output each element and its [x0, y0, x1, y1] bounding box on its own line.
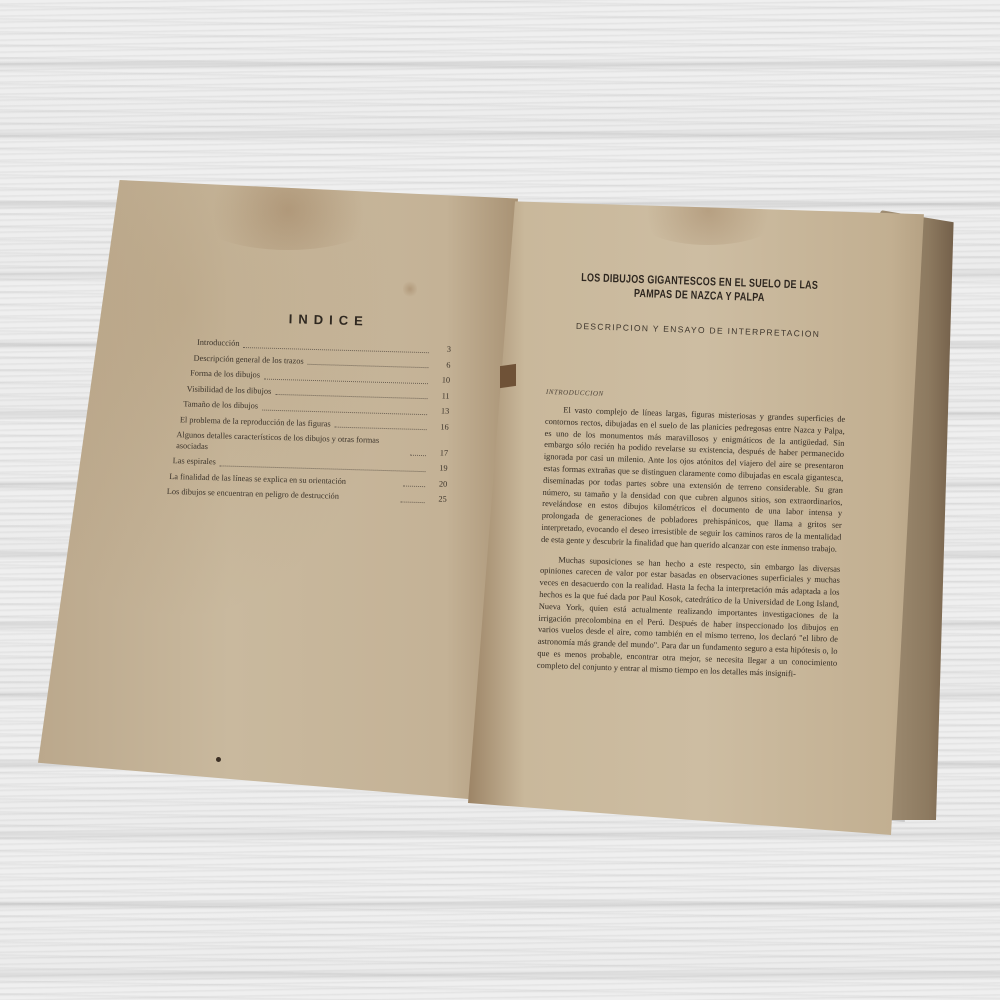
- toc-leader-dots: [275, 394, 427, 399]
- toc-leader-dots: [264, 378, 428, 384]
- chapter-subtitle: DESCRIPCION Y ENSAYO DE INTERPRETACION: [548, 320, 848, 340]
- toc-entry-label: Visibilidad de los dibujos: [187, 384, 272, 397]
- toc-entry-page: 6: [432, 360, 450, 371]
- toc-list: Introducción3Descripción general de los …: [167, 337, 451, 505]
- toc-leader-dots: [335, 427, 427, 431]
- toc-leader-dots: [410, 455, 426, 456]
- toc-entry: Las espirales19: [168, 456, 448, 474]
- toc-entry-label: Tamaño de los dibujos: [183, 399, 258, 412]
- toc-entry-label: Descripción general de los trazos: [193, 353, 303, 367]
- toc-leader-dots: [243, 347, 429, 353]
- toc-entry-label: Forma de los dibujos: [190, 369, 260, 381]
- ink-dot: [216, 757, 221, 762]
- toc-entry-label: Introducción: [197, 338, 240, 350]
- chapter-page: LOS DIBUJOS GIGANTESCOS EN EL SUELO DE L…: [537, 270, 850, 681]
- binding-tab: [500, 364, 516, 388]
- toc-entry: Algunos detalles característicos de los …: [168, 430, 448, 459]
- toc-leader-dots: [401, 501, 425, 503]
- toc-entry-page: 17: [430, 448, 448, 459]
- toc-leader-dots: [308, 364, 429, 368]
- toc-entry: Descripción general de los trazos6: [170, 352, 450, 370]
- toc-entry: La finalidad de las líneas se explica en…: [167, 471, 447, 489]
- toc-entry: Los dibujos se encuentran en peligro de …: [167, 487, 447, 505]
- toc-entry-label: La finalidad de las líneas se explica en…: [169, 471, 399, 488]
- spot-stain: [403, 280, 417, 298]
- toc-entry-page: 16: [431, 422, 449, 433]
- toc-entry: Tamaño de los dibujos13: [169, 399, 449, 417]
- toc-entry-page: 25: [429, 494, 447, 505]
- paragraph: Muchas suposiciones se han hecho a este …: [537, 553, 841, 681]
- toc-entry-label: El problema de la reproducción de las fi…: [180, 415, 331, 430]
- toc-entry: Introducción3: [171, 337, 451, 355]
- toc-entry-page: 19: [429, 463, 447, 474]
- toc-leader-dots: [403, 486, 425, 488]
- toc-entry-page: 13: [431, 406, 449, 417]
- toc-entry: Forma de los dibujos10: [170, 368, 450, 386]
- section-heading: INTRODUCCION: [546, 388, 846, 406]
- toc-entry-label: Los dibujos se encuentran en peligro de …: [167, 487, 397, 504]
- toc-entry: Visibilidad de los dibujos11: [170, 383, 450, 401]
- toc-entry-label: Algunos detalles característicos de los …: [176, 430, 406, 457]
- toc-entry-page: 3: [433, 344, 451, 355]
- toc-entry-page: 20: [429, 479, 447, 490]
- paragraph: El vasto complejo de líneas largas, figu…: [541, 404, 846, 555]
- toc-entry-page: 11: [431, 391, 449, 402]
- toc-entry-label: Las espirales: [173, 456, 216, 468]
- toc-entry: El problema de la reproducción de las fi…: [169, 414, 449, 432]
- toc-leader-dots: [220, 465, 426, 472]
- toc-leader-dots: [262, 409, 427, 415]
- table-of-contents: INDICE Introducción3Descripción general …: [167, 308, 452, 510]
- toc-entry-page: 10: [432, 375, 450, 386]
